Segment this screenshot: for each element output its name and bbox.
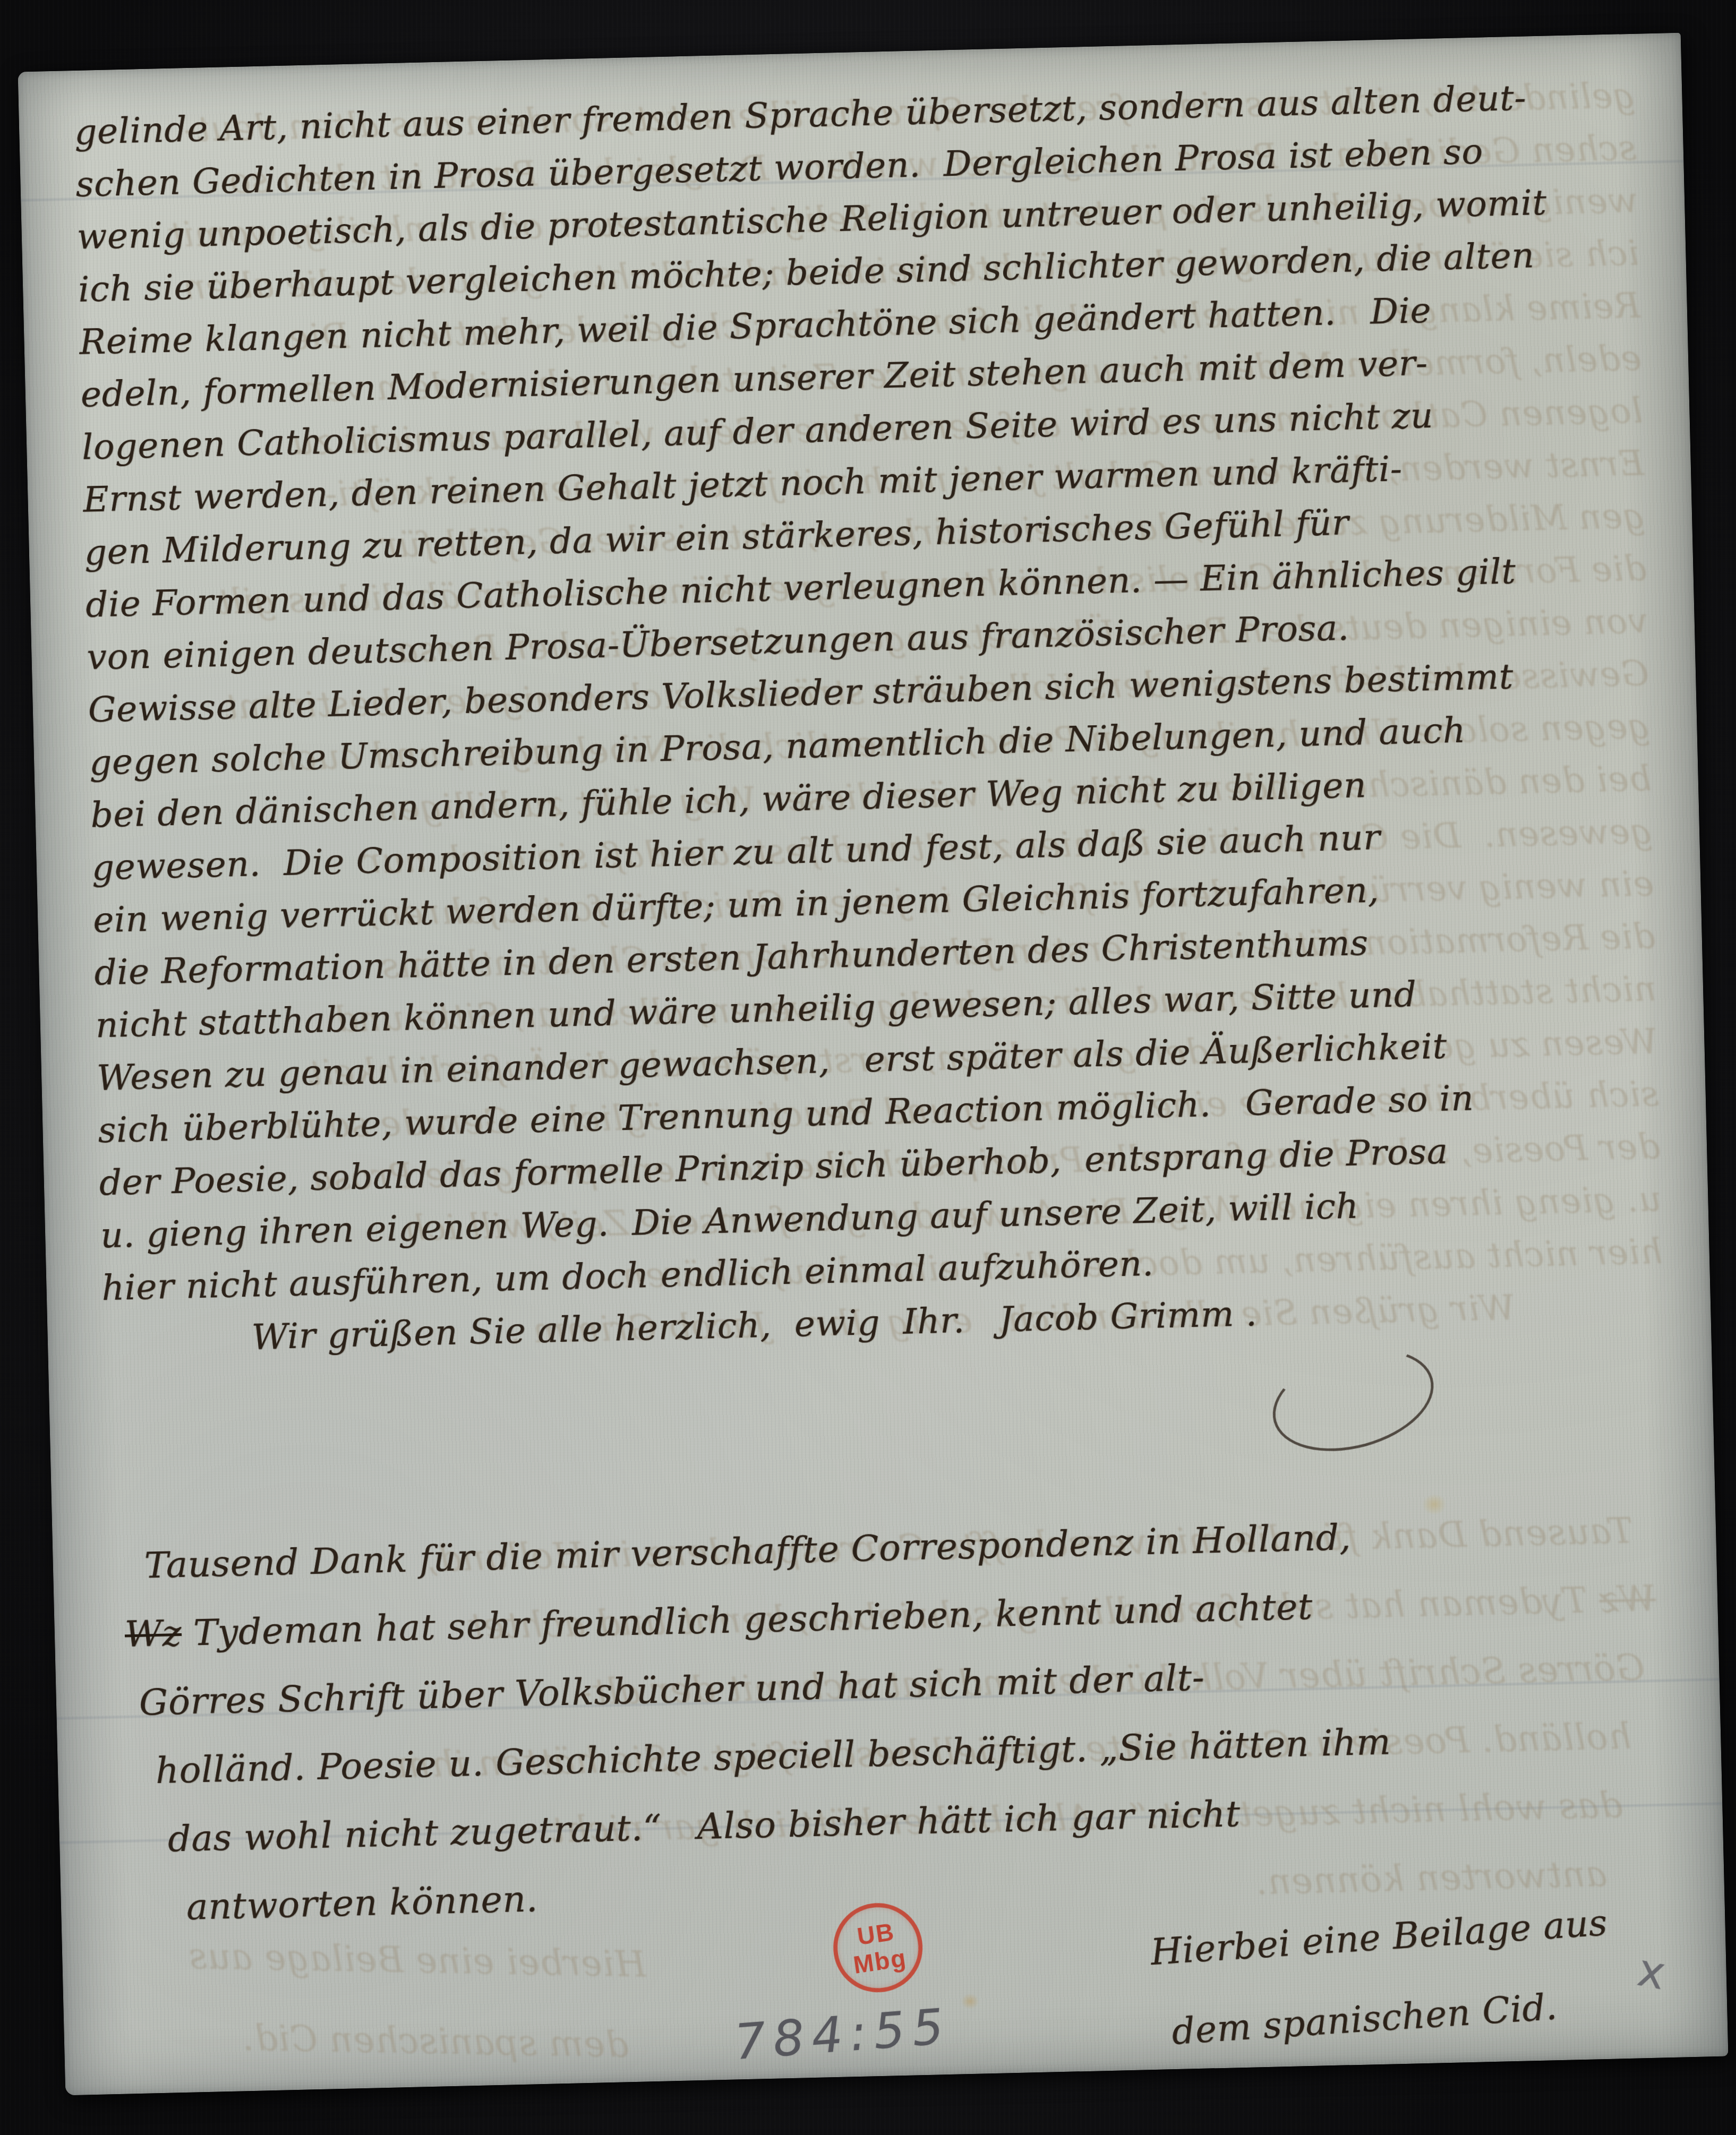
signature-flourish [1261, 1332, 1446, 1468]
letter-postscript: Tausend Dank für die mir verschaffte Cor… [122, 1496, 1671, 1943]
paper-sheet: gelinde Art, nicht aus einer fremden Spr… [18, 33, 1729, 2096]
bleedthrough-enclosure-note-line: dem spanischen Cid. [87, 1995, 630, 2086]
shelfmark-number: 784:55 [733, 1998, 953, 2071]
crossed-out-word: Wz [124, 1613, 182, 1656]
letter-body: gelinde Art, nicht aus einer fremden Spr… [74, 69, 1664, 1367]
paper-stain [961, 1993, 979, 2010]
letter-text-column: gelinde Art, nicht aus einer fremden Spr… [74, 69, 1664, 1367]
photo-background: { "letter": { "script_note": "German Kur… [0, 0, 1736, 2135]
